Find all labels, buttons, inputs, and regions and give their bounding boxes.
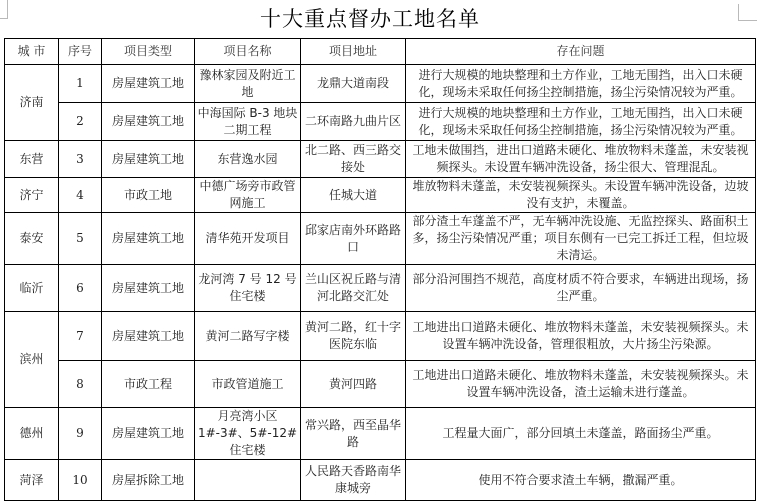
project-address-cell: 邱家店南外环路路口 (301, 213, 406, 265)
city-cell: 济宁 (5, 178, 59, 213)
issue-cell: 进行大规模的地块整理和土方作业，工地无围挡，出入口未硬化，现场未采取任何扬尘控制… (406, 103, 756, 141)
number-cell: 7 (59, 312, 102, 361)
project-type-cell: 市政工地 (102, 178, 195, 213)
number-cell: 1 (59, 65, 102, 103)
issue-cell: 工程量大面广，部分回填土未蓬盖，路面扬尘严重。 (406, 408, 756, 460)
project-name-cell: 黄河二路写字楼 (195, 312, 301, 361)
city-cell: 滨州 (5, 312, 59, 408)
project-type-cell: 房屋建筑工地 (102, 408, 195, 460)
project-address-cell: 黄河四路 (301, 361, 406, 408)
issue-cell: 工地进出口道路未硬化、堆放物料未蓬盖，未安装视频探头。未设置车辆冲洗设备，渣土运… (406, 361, 756, 408)
project-name-cell: 中海国际 B-3 地块二期工程 (195, 103, 301, 141)
header-project-address: 项目地址 (301, 39, 406, 65)
project-address-cell: 人民路天香路南华康城旁 (301, 460, 406, 501)
number-cell: 3 (59, 141, 102, 178)
table-row: 济宁 4 市政工地 中德广场旁市政管网施工 任城大道 堆放物料未蓬盖，未安装视频… (5, 178, 756, 213)
issue-cell: 部分沿河围挡不规范，高度材质不符合要求，车辆进出现场，扬尘严重。 (406, 265, 756, 312)
page-corner-mark-top-right (738, 4, 757, 21)
city-cell: 德州 (5, 408, 59, 460)
number-cell: 9 (59, 408, 102, 460)
number-cell: 4 (59, 178, 102, 213)
issue-cell: 工地进出口道路未硬化、堆放物料未蓬盖，未安装视频探头。未设置车辆冲洗设备，管理很… (406, 312, 756, 361)
document-title: 十大重点督办工地名单 (0, 3, 740, 33)
project-name-cell: 中德广场旁市政管网施工 (195, 178, 301, 213)
project-type-cell: 市政工程 (102, 361, 195, 408)
table-row: 泰安 5 房屋建筑工地 清华苑开发项目 邱家店南外环路路口 部分渣土车蓬盖不严，… (5, 213, 756, 265)
issue-cell: 工地未做围挡，进出口道路未硬化、堆放物料未蓬盖，未安装视频探头。未设置车辆冲洗设… (406, 141, 756, 178)
header-project-name: 项目名称 (195, 39, 301, 65)
city-cell: 东营 (5, 141, 59, 178)
city-cell: 济南 (5, 65, 59, 141)
project-type-cell: 房屋建筑工地 (102, 312, 195, 361)
table-row: 8 市政工程 市政管道施工 黄河四路 工地进出口道路未硬化、堆放物料未蓬盖，未安… (5, 361, 756, 408)
project-address-cell: 兰山区祝丘路与清河北路交汇处 (301, 265, 406, 312)
table-row: 菏泽 10 房屋拆除工地 人民路天香路南华康城旁 使用不符合要求渣土车辆，撒漏严… (5, 460, 756, 501)
table-row: 滨州 7 房屋建筑工地 黄河二路写字楼 黄河二路，红十字医院东临 工地进出口道路… (5, 312, 756, 361)
project-name-cell: 东营逸水园 (195, 141, 301, 178)
project-name-cell: 月亮湾小区 1#-3#、5#-12#住宅楼 (195, 408, 301, 460)
table-row: 德州 9 房屋建筑工地 月亮湾小区 1#-3#、5#-12#住宅楼 常兴路，西至… (5, 408, 756, 460)
header-project-type: 项目类型 (102, 39, 195, 65)
project-address-cell: 二环南路九曲片区 (301, 103, 406, 141)
project-address-cell: 常兴路，西至晶华路 (301, 408, 406, 460)
project-name-cell: 龙河湾 7 号 12 号住宅楼 (195, 265, 301, 312)
number-cell: 2 (59, 103, 102, 141)
project-type-cell: 房屋建筑工地 (102, 213, 195, 265)
number-cell: 10 (59, 460, 102, 501)
header-number: 序号 (59, 39, 102, 65)
header-issues: 存在问题 (406, 39, 756, 65)
project-name-cell: 市政管道施工 (195, 361, 301, 408)
number-cell: 8 (59, 361, 102, 408)
issue-cell: 使用不符合要求渣土车辆，撒漏严重。 (406, 460, 756, 501)
issue-cell: 进行大规模的地块整理和土方作业，工地无围挡，出入口未硬化，现场未采取任何扬尘控制… (406, 65, 756, 103)
project-type-cell: 房屋建筑工地 (102, 141, 195, 178)
table-row: 东营 3 房屋建筑工地 东营逸水园 北二路、西三路交接处 工地未做围挡，进出口道… (5, 141, 756, 178)
project-type-cell: 房屋建筑工地 (102, 103, 195, 141)
project-type-cell: 房屋拆除工地 (102, 460, 195, 501)
project-name-cell: 清华苑开发项目 (195, 213, 301, 265)
city-cell: 临沂 (5, 265, 59, 312)
city-cell: 泰安 (5, 213, 59, 265)
construction-site-table: 城 市 序号 项目类型 项目名称 项目地址 存在问题 济南 1 房屋建筑工地 豫… (4, 38, 756, 501)
header-city: 城 市 (5, 39, 59, 65)
project-name-cell (195, 460, 301, 501)
table-header-row: 城 市 序号 项目类型 项目名称 项目地址 存在问题 (5, 39, 756, 65)
project-address-cell: 任城大道 (301, 178, 406, 213)
number-cell: 5 (59, 213, 102, 265)
table-row: 济南 1 房屋建筑工地 豫林家园及附近工地 龙鼎大道南段 进行大规模的地块整理和… (5, 65, 756, 103)
project-type-cell: 房屋建筑工地 (102, 265, 195, 312)
city-cell: 菏泽 (5, 460, 59, 501)
project-address-cell: 黄河二路，红十字医院东临 (301, 312, 406, 361)
project-address-cell: 北二路、西三路交接处 (301, 141, 406, 178)
table-row: 临沂 6 房屋建筑工地 龙河湾 7 号 12 号住宅楼 兰山区祝丘路与清河北路交… (5, 265, 756, 312)
project-address-cell: 龙鼎大道南段 (301, 65, 406, 103)
issue-cell: 部分渣土车蓬盖不严，无车辆冲洗设施、无监控探头、路面积土多，扬尘污染情况严重；项… (406, 213, 756, 265)
issue-cell: 堆放物料未蓬盖，未安装视频探头。未设置车辆冲洗设备，边坡没有支护，未覆盖。 (406, 178, 756, 213)
number-cell: 6 (59, 265, 102, 312)
table-row: 2 房屋建筑工地 中海国际 B-3 地块二期工程 二环南路九曲片区 进行大规模的… (5, 103, 756, 141)
project-name-cell: 豫林家园及附近工地 (195, 65, 301, 103)
project-type-cell: 房屋建筑工地 (102, 65, 195, 103)
